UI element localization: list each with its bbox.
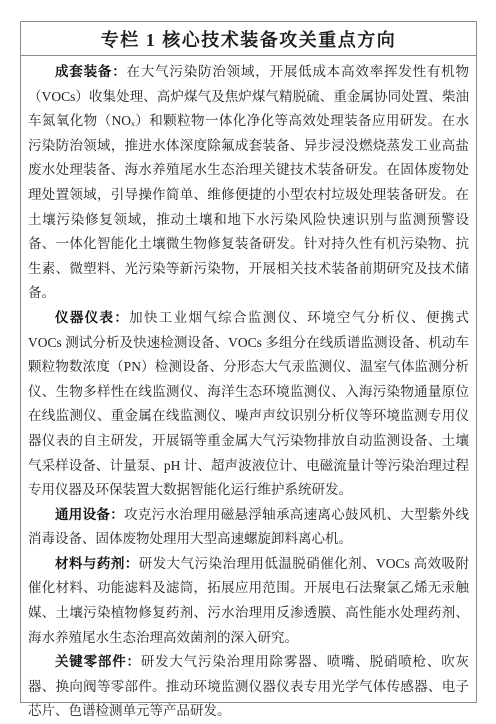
- section-label-equipment: 成套装备：: [55, 64, 127, 79]
- section-paragraph-instruments: 仪器仪表：加快工业烟气综合监测仪、环境空气分析仪、便携式 VOCs 测试分析及快…: [28, 306, 469, 503]
- section-text-instruments: 加快工业烟气综合监测仪、环境空气分析仪、便携式 VOCs 测试分析及快速检测设备…: [28, 310, 469, 497]
- callout-body: 成套装备：在大气污染防治领域，开展低成本高效率挥发性有机物（VOCs）收集处理、…: [21, 56, 476, 724]
- callout-box: 专栏 1 核心技术装备攻关重点方向 成套装备：在大气污染防治领域，开展低成本高效…: [20, 21, 477, 703]
- section-paragraph-key-components: 关键零部件：研发大气污染治理用除雾器、喷嘴、脱硝喷枪、吹灰器、换向阀等零部件。推…: [28, 650, 469, 724]
- section-label-general-devices: 通用设备：: [55, 507, 124, 522]
- section-paragraph-general-devices: 通用设备：攻克污水治理用磁悬浮轴承高速离心鼓风机、大型紫外线消毒设备、固体废物处…: [28, 503, 469, 552]
- section-paragraph-equipment: 成套装备：在大气污染防治领域，开展低成本高效率挥发性有机物（VOCs）收集处理、…: [28, 60, 469, 306]
- document-page: 专栏 1 核心技术装备攻关重点方向 成套装备：在大气污染防治领域，开展低成本高效…: [0, 0, 496, 724]
- section-text-equipment: 在大气污染防治领域，开展低成本高效率挥发性有机物（VOCs）收集处理、高炉煤气及…: [28, 64, 469, 300]
- section-label-instruments: 仪器仪表：: [55, 310, 129, 325]
- callout-title: 专栏 1 核心技术装备攻关重点方向: [21, 22, 476, 56]
- section-label-key-components: 关键零部件：: [55, 654, 141, 669]
- section-paragraph-materials: 材料与药剂：研发大气污染治理用低温脱硝催化剂、VOCs 高效吸附催化材料、功能滤…: [28, 552, 469, 650]
- section-label-materials: 材料与药剂：: [55, 556, 139, 571]
